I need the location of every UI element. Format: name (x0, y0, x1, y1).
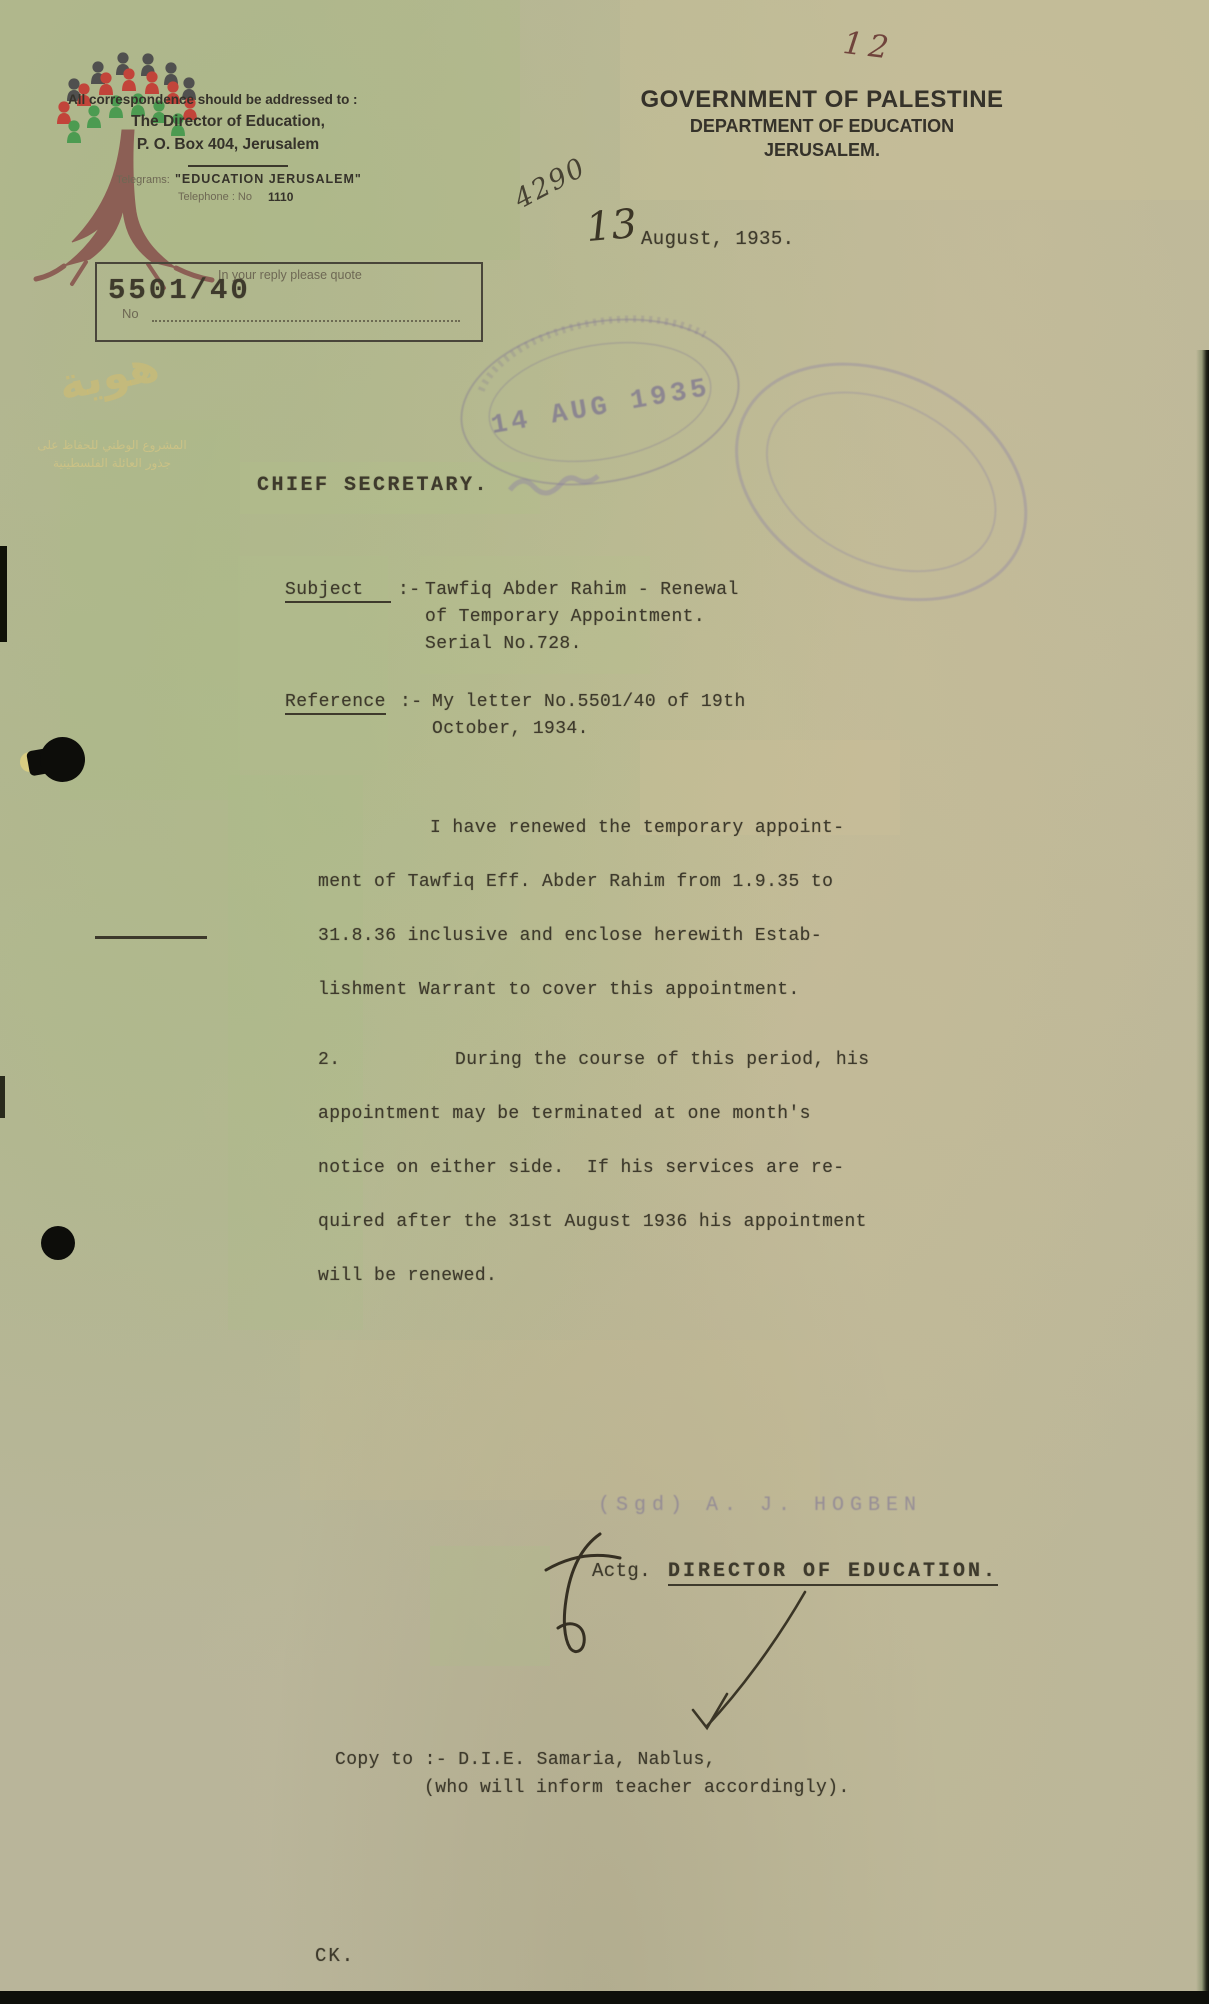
punch-hole-paper-sliver (20, 752, 40, 772)
paper-texture-patch (300, 1340, 820, 1500)
date-line: August, 1935. (641, 228, 794, 250)
page-right-edge (1196, 350, 1209, 1995)
telegrams-value: "EDUCATION JERUSALEM" (175, 172, 362, 186)
body-line: 31.8.36 inclusive and enclose herewith E… (318, 926, 822, 946)
telephone-value: 1110 (268, 190, 293, 204)
body-line: I have renewed the temporary appoint- (430, 818, 844, 838)
body-line: quired after the 31st August 1936 his ap… (318, 1212, 867, 1232)
subject-label: Subject (285, 580, 391, 603)
handwritten-page-number: 12 (841, 25, 896, 67)
handwritten-date-day: 13 (584, 201, 639, 251)
salutation: CHIEF SECRETARY. (257, 474, 489, 497)
signature-title: DIRECTOR OF EDUCATION. (668, 1560, 998, 1586)
paper-texture-patch (60, 420, 240, 800)
body-line: During the course of this period, his (455, 1050, 869, 1070)
letterhead-address-line2: The Director of Education, (58, 113, 398, 131)
subject-line: Serial No.728. (425, 634, 582, 654)
reference-box-no-label: No (122, 306, 139, 321)
paper-texture-patch (228, 775, 363, 1330)
telegrams-label: Telegrams: (116, 174, 170, 186)
stamped-signature-name: (Sgd) A. J. HOGBEN (598, 1494, 922, 1517)
department-title: DEPARTMENT OF EDUCATION (612, 116, 1032, 137)
scan-edge-artifact (0, 1076, 5, 1118)
handwritten-tick-mark (655, 1588, 815, 1758)
letterhead-divider (188, 165, 288, 167)
reference-label: Reference (285, 692, 386, 715)
watermark-line2: جذور العائلة الفلسطينية (22, 456, 202, 470)
clerk-initials: CK. (315, 1945, 355, 1967)
margin-dash (95, 936, 207, 939)
subject-line: of Temporary Appointment. (425, 607, 705, 627)
body-line: appointment may be terminated at one mon… (318, 1104, 811, 1124)
letterhead-address-line3: P. O. Box 404, Jerusalem (58, 136, 398, 154)
reference-separator: :- (400, 692, 422, 712)
watermark-line1: المشروع الوطني للحفاظ على (22, 438, 202, 452)
signature-prefix: Actg. (592, 1560, 651, 1582)
paragraph-number: 2. (318, 1050, 340, 1070)
body-line: notice on either side. If his services a… (318, 1158, 844, 1178)
reference-number: 5501/40 (108, 274, 251, 307)
letterhead-address-line1: All correspondence should be addressed t… (68, 92, 358, 107)
subject-separator: :- (398, 580, 420, 600)
page-bottom-edge (0, 1991, 1209, 2004)
reference-line: October, 1934. (432, 719, 589, 739)
copy-to-line: Copy to :- D.I.E. Samaria, Nablus, (335, 1750, 716, 1770)
punch-hole (40, 737, 85, 782)
government-title: GOVERNMENT OF PALESTINE (612, 86, 1032, 114)
scanned-letter-page: هوية المشروع الوطني للحفاظ على جذور العا… (0, 0, 1209, 2004)
reference-line: My letter No.5501/40 of 19th (432, 692, 746, 712)
scan-edge-artifact (0, 546, 7, 642)
copy-to-line: (who will inform teacher accordingly). (424, 1778, 850, 1798)
body-line: will be renewed. (318, 1266, 497, 1286)
city-title: JERUSALEM. (612, 140, 1032, 161)
paper-texture-patch (430, 1546, 550, 1666)
punch-hole (41, 1226, 75, 1260)
telephone-label: Telephone : No (178, 191, 252, 203)
subject-line: Tawfiq Abder Rahim - Renewal (425, 580, 739, 600)
body-line: lishment Warrant to cover this appointme… (318, 980, 800, 1000)
body-line: ment of Tawfiq Eff. Abder Rahim from 1.9… (318, 872, 833, 892)
handwritten-file-number: 4290 (509, 152, 591, 215)
handwritten-signature-mark (536, 1528, 626, 1658)
